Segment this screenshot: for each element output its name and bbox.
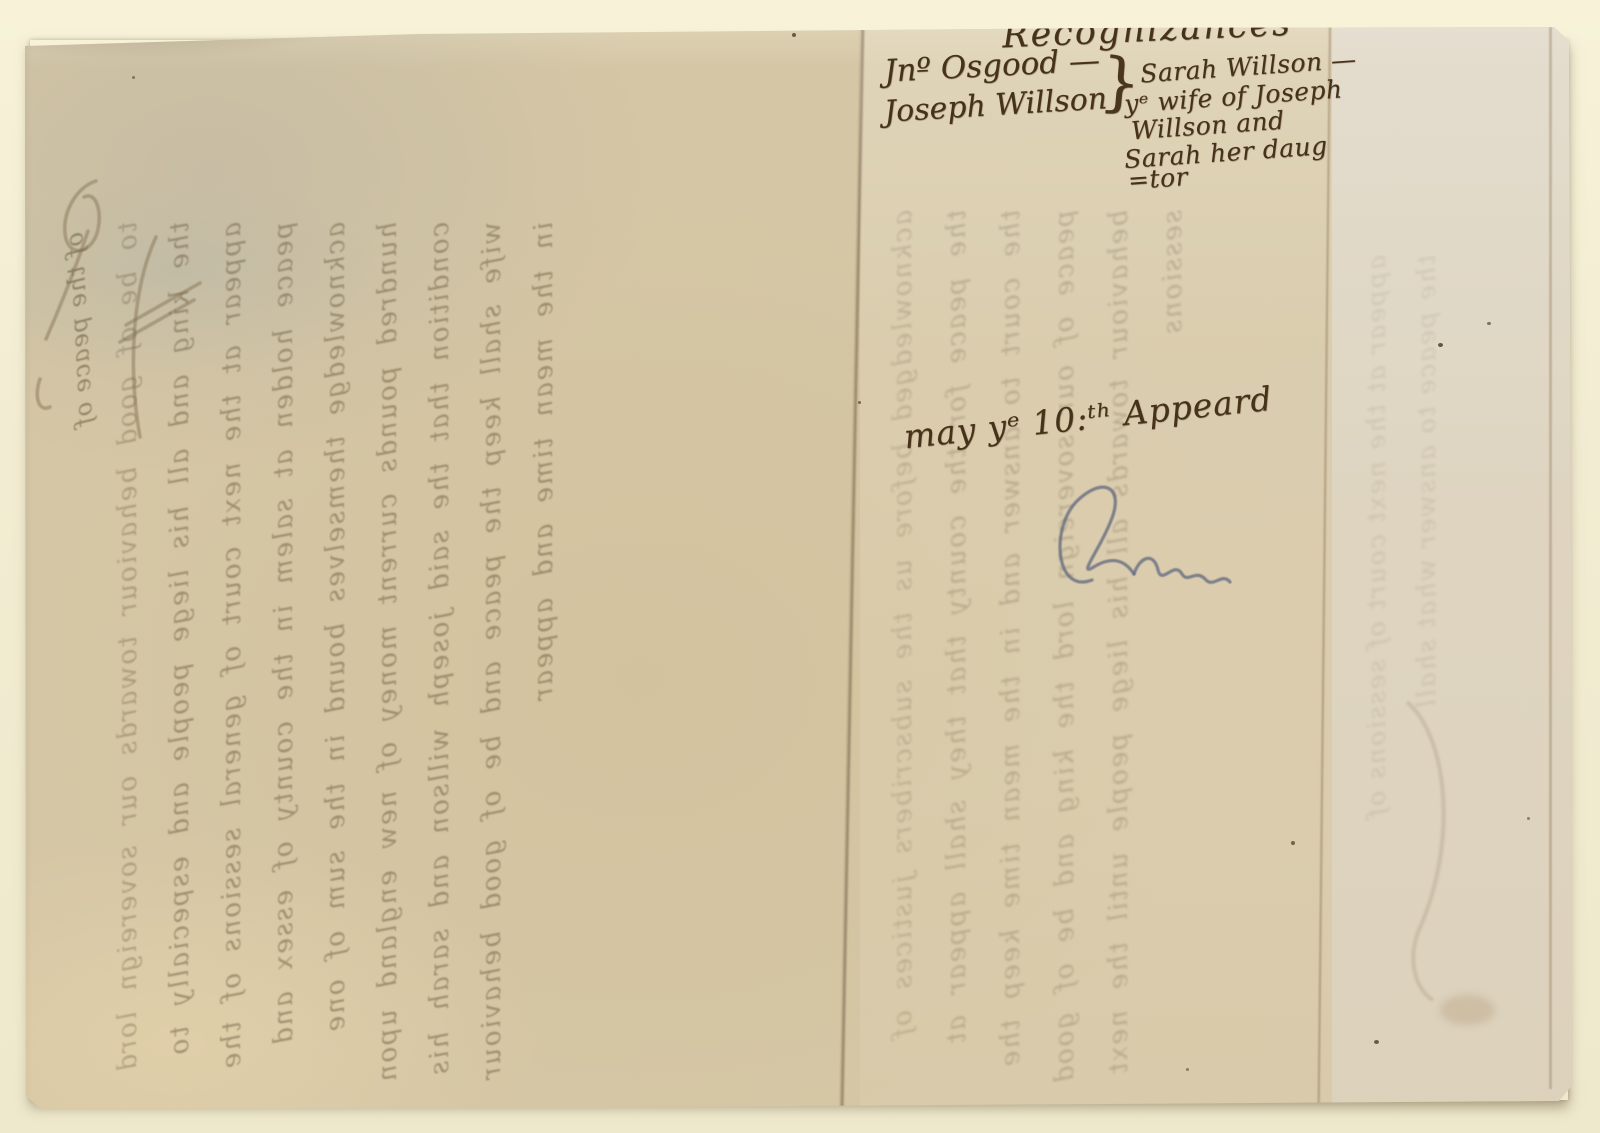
paper-panel-right	[1332, 0, 1576, 1133]
docket-subject-line: =tor	[1127, 162, 1189, 195]
bleedthrough-text-middle: acknowledged before us the subscribers j…	[876, 210, 1312, 1100]
manuscript-paper: to be of good behaviour towards our sove…	[0, 0, 1600, 1133]
ink-speck	[1487, 322, 1491, 325]
ink-speck	[1374, 1040, 1379, 1044]
paper-edge-shadow	[1549, 27, 1552, 1089]
fold-crease-right	[1317, 26, 1332, 1104]
ink-speck	[792, 33, 796, 37]
ink-speck	[132, 76, 135, 79]
ink-speck	[1438, 343, 1443, 347]
faint-crease-mark-icon	[1385, 690, 1475, 1010]
ink-speck	[1527, 817, 1530, 820]
ink-speck	[1186, 1068, 1189, 1071]
bleedthrough-flourish-icon	[30, 165, 280, 465]
photograph-stage: to be of good behaviour towards our sove…	[0, 0, 1600, 1133]
appearance-date-note: may yᵉ 10:ᵗʰ Appeard	[902, 379, 1274, 456]
paper-panel-middle	[860, 0, 1332, 1133]
bleedthrough-text-edge-column: of the peace of our lord	[54, 231, 107, 451]
pencil-signature-flourish	[1026, 468, 1261, 608]
ink-speck	[1291, 841, 1295, 845]
bleedthrough-text-left: to be of good behaviour towards our sove…	[102, 222, 854, 1104]
ink-smudge	[1440, 995, 1495, 1025]
ink-speck	[858, 401, 861, 404]
fold-crease-left	[839, 0, 866, 1110]
docket-name-willson: Joseph Willson	[883, 81, 1108, 130]
bleedthrough-text-right: appear at the next court of sessions of …	[1352, 255, 1502, 835]
